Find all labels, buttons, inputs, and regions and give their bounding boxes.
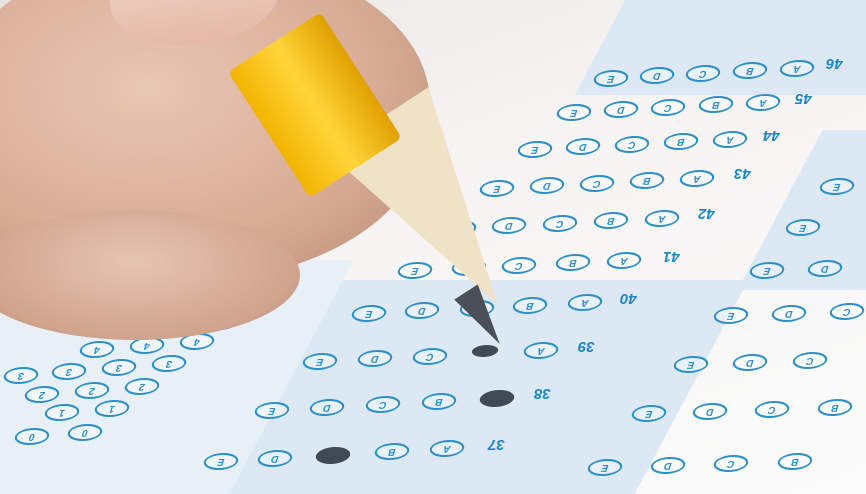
thumbnail — [104, 0, 286, 56]
question-number: 44 — [763, 127, 780, 144]
bubble-44-b[interactable]: B — [661, 133, 701, 150]
bubble-41-a[interactable]: A — [604, 252, 644, 269]
bubble-44-d[interactable]: D — [563, 138, 603, 155]
bubble-right-d[interactable]: D — [648, 457, 688, 474]
bubble-right-d[interactable]: D — [769, 305, 809, 322]
question-number: 41 — [663, 248, 680, 265]
bubble-45-d[interactable]: D — [601, 101, 641, 118]
bubble-45-c[interactable]: C — [648, 99, 688, 116]
question-number: 43 — [734, 165, 751, 182]
bubble-right-c[interactable]: C — [827, 303, 866, 320]
bubble-right-b[interactable]: B — [775, 453, 815, 470]
question-number: 45 — [795, 90, 812, 107]
question-number: 40 — [620, 290, 637, 307]
question-number: 37 — [488, 436, 505, 453]
question-number: 42 — [698, 205, 715, 222]
bubble-45-b[interactable]: B — [696, 96, 736, 113]
bubble-43-b[interactable]: B — [627, 172, 667, 189]
bubble-42-b[interactable]: B — [591, 212, 631, 229]
photo-scene: 37 A B C D E 38 A B C D E 39 A B C D E 4… — [0, 0, 866, 494]
bubble-45-a[interactable]: A — [743, 94, 783, 111]
bubble-right-c[interactable]: C — [711, 455, 751, 472]
question-number: 46 — [826, 55, 843, 72]
bubble-44-e[interactable]: E — [515, 141, 555, 158]
bubble-43-d[interactable]: D — [527, 177, 567, 194]
bubble-right-c[interactable]: C — [790, 352, 830, 369]
bubble-right-d[interactable]: D — [730, 354, 770, 371]
question-number: 39 — [578, 338, 595, 355]
bubble-44-c[interactable]: C — [612, 136, 652, 153]
bubble-42-a[interactable]: A — [642, 210, 682, 227]
bubble-43-a[interactable]: A — [677, 170, 717, 187]
bubble-right-c[interactable]: C — [752, 401, 792, 418]
question-number: 38 — [534, 385, 551, 402]
bubble-42-c[interactable]: C — [540, 215, 580, 232]
bubble-41-b[interactable]: B — [553, 254, 593, 271]
bubble-43-c[interactable]: C — [577, 175, 617, 192]
bubble-right-d[interactable]: D — [690, 403, 730, 420]
bubble-44-a[interactable]: A — [710, 131, 750, 148]
bubble-45-e[interactable]: E — [554, 104, 594, 121]
bubble-right-b[interactable]: B — [815, 399, 855, 416]
